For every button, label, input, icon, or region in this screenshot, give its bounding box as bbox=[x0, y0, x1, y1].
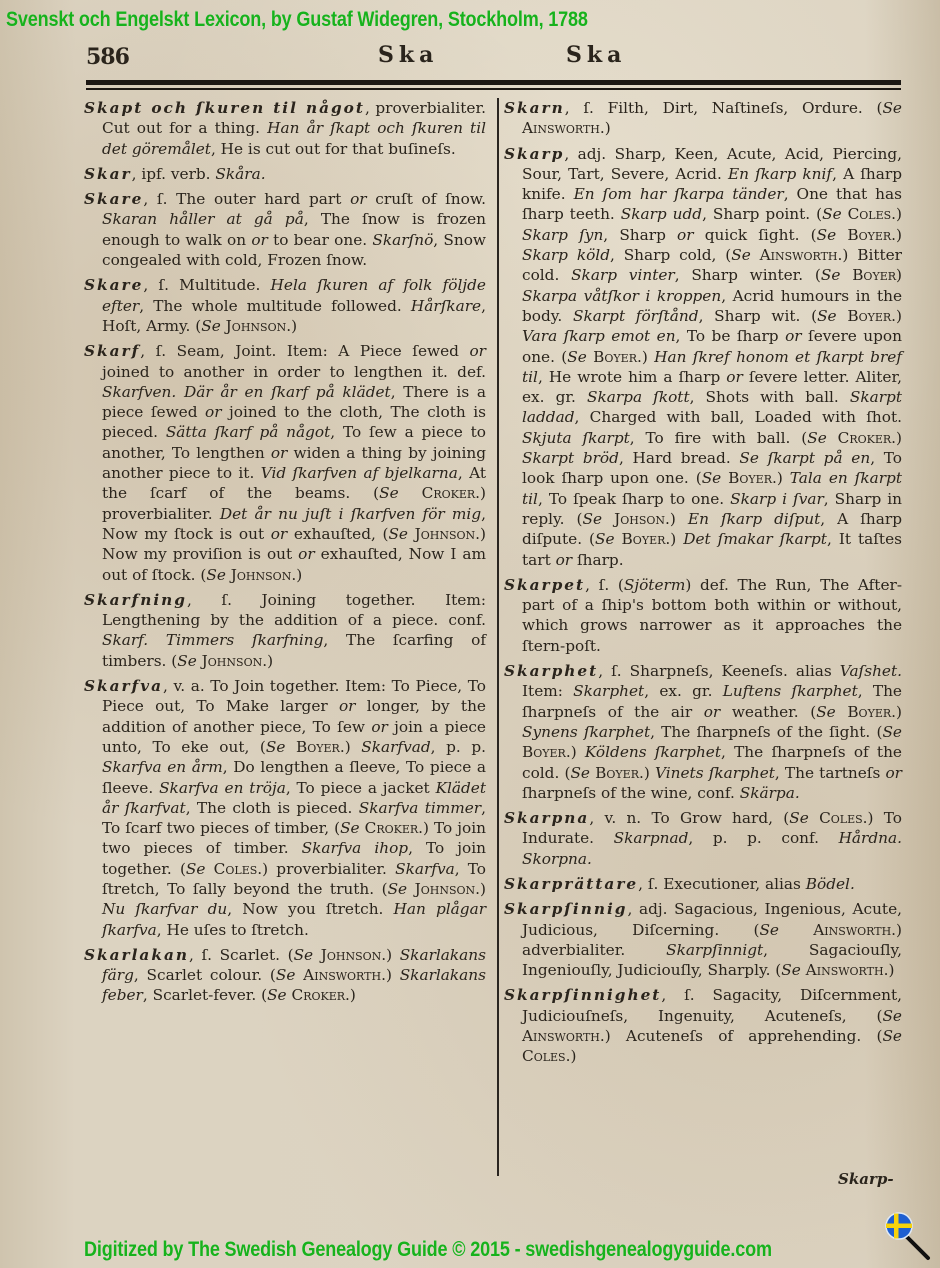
swedish-phrase: Där år en ſkarf på klädet bbox=[184, 383, 391, 401]
swedish-phrase: Hårſkare bbox=[411, 297, 481, 315]
definition-text: ) bbox=[605, 119, 611, 137]
headword: Skarpſinnig bbox=[504, 900, 627, 918]
definition-text: , He is cut out for that buſineſs. bbox=[211, 140, 456, 158]
definition-text: , p. p. conf. bbox=[688, 829, 838, 847]
headword: Skarp bbox=[504, 145, 564, 163]
swedish-phrase: Skjuta ſkarpt bbox=[522, 429, 630, 447]
running-head: 586 Ska Ska bbox=[0, 42, 940, 72]
definition-text: , Now you ſtretch. bbox=[227, 900, 393, 918]
guide-word-right: Ska bbox=[566, 42, 626, 68]
definition-text: , The whole multitude followed. bbox=[139, 297, 411, 315]
definition-text: ) bbox=[777, 469, 790, 487]
swedish-phrase: or bbox=[350, 190, 367, 208]
swedish-phrase: Se bbox=[388, 525, 408, 543]
swedish-phrase: Se bbox=[882, 1027, 902, 1045]
swedish-phrase: Skarf. bbox=[102, 631, 148, 649]
swedish-phrase: Se bbox=[294, 946, 314, 964]
definition-text: quick ſight. ( bbox=[694, 226, 817, 244]
swedish-phrase: Se bbox=[276, 966, 296, 984]
definition-text: , ſ. ( bbox=[585, 576, 624, 594]
swedish-phrase: Skarpa ſkott bbox=[587, 388, 690, 406]
swedish-phrase: Skarpſinnigt bbox=[666, 941, 763, 959]
definition-text: , Sharp winter. ( bbox=[675, 266, 821, 284]
swedish-phrase: Se bbox=[789, 809, 809, 827]
dictionary-entry: Skarf, ſ. Seam, Joint. Item: A Piece ſew… bbox=[84, 341, 486, 585]
definition-text: Item: bbox=[522, 682, 573, 700]
headword: Skarpſinnighet bbox=[504, 986, 661, 1004]
source-reference: Boyer. bbox=[721, 469, 777, 487]
swedish-flag-magnifier-icon[interactable] bbox=[884, 1212, 934, 1262]
headword: Skare bbox=[84, 276, 143, 294]
source-reference: Boyer. bbox=[522, 743, 571, 761]
swedish-phrase: Vaſshet. bbox=[840, 662, 902, 680]
source-reference: Coles. bbox=[205, 860, 262, 878]
definition-text: ) bbox=[386, 946, 400, 964]
definition-text: ) bbox=[386, 966, 400, 984]
swedish-phrase: Skarp köld bbox=[522, 246, 610, 264]
source-reference: Coles. bbox=[522, 1047, 570, 1065]
guide-word-left: Ska bbox=[378, 42, 438, 68]
swedish-phrase: Se bbox=[206, 566, 226, 584]
definition-text: ) bbox=[345, 738, 362, 756]
swedish-phrase: Skarpnad bbox=[614, 829, 689, 847]
swedish-phrase: or bbox=[271, 525, 288, 543]
source-reference: Johson. bbox=[602, 510, 670, 528]
dictionary-entry: Skare, ſ. Multitude. Hela ſkuren af folk… bbox=[84, 275, 486, 336]
definition-text: ) bbox=[571, 743, 585, 761]
source-reference: Johnson. bbox=[226, 566, 296, 584]
swedish-phrase: Luftens ſkarphet bbox=[723, 682, 858, 700]
source-reference: Johnson. bbox=[313, 946, 386, 964]
swedish-phrase: Sjöterm bbox=[624, 576, 685, 594]
definition-text: , He wrote him a ſharp bbox=[538, 368, 726, 386]
definition-text: , To be ſharp bbox=[676, 327, 786, 345]
swedish-phrase: Se bbox=[807, 429, 827, 447]
definition-text: ) bbox=[888, 961, 894, 979]
swedish-phrase: or bbox=[677, 226, 694, 244]
dictionary-entry: Skarprättare, ſ. Executioner, alias Böde… bbox=[504, 874, 902, 894]
source-reference: Croker. bbox=[287, 986, 350, 1004]
definition-text: cruſt of ſnow. bbox=[367, 190, 486, 208]
source-reference: Boyer. bbox=[285, 738, 344, 756]
definition-text: , p. p. bbox=[431, 738, 486, 756]
definition-text bbox=[148, 631, 166, 649]
dictionary-entry: Skarn, ſ. Filth, Dirt, Naſtineſs, Ordure… bbox=[504, 98, 902, 139]
definition-text: , ſ. Multitude. bbox=[143, 276, 270, 294]
swedish-phrase: Se ſkarpt på en bbox=[739, 449, 870, 467]
source-reference: Boyer. bbox=[836, 703, 896, 721]
swedish-phrase: Synens ſkarphet bbox=[522, 723, 650, 741]
definition-text: , The cloth is pieced. bbox=[186, 799, 359, 817]
source-reference: Croker. bbox=[827, 429, 896, 447]
swedish-phrase: Se bbox=[379, 484, 399, 502]
swedish-phrase: Se bbox=[177, 652, 197, 670]
swedish-phrase: Skärpa. bbox=[740, 784, 800, 802]
swedish-phrase: Skarp vinter bbox=[571, 266, 675, 284]
definition-text: , Hard bread. bbox=[619, 449, 739, 467]
source-reference: Boyer. bbox=[587, 348, 642, 366]
source-reference: Johnson. bbox=[221, 317, 291, 335]
swedish-phrase: Skarfvad bbox=[361, 738, 430, 756]
dictionary-entry: Skarfva, v. a. To Join together. Item: T… bbox=[84, 676, 486, 940]
left-column: Skapt och ſkuren til något, proverbialit… bbox=[84, 98, 486, 1011]
swedish-phrase: Se bbox=[822, 205, 842, 223]
swedish-phrase: or bbox=[339, 697, 356, 715]
source-reference: Ainsworth. bbox=[295, 966, 386, 984]
headword: Skarpna bbox=[504, 809, 589, 827]
definition-text: ) Acuteneſs of apprehending. ( bbox=[605, 1027, 883, 1045]
definition-text: ſharp. bbox=[572, 551, 623, 569]
definition-text: , The tartneſs bbox=[775, 764, 886, 782]
definition-text: , ſ. Filth, Dirt, Naſtineſs, Ordure. ( bbox=[565, 99, 883, 117]
source-reference: Johnson. bbox=[408, 525, 480, 543]
definition-text: ) bbox=[670, 510, 688, 528]
definition-text: ) bbox=[644, 764, 655, 782]
definition-text: , Sharp cold, ( bbox=[610, 246, 731, 264]
swedish-phrase: Vinets ſkarphet bbox=[655, 764, 775, 782]
swedish-phrase: Skarfva bbox=[395, 860, 455, 878]
definition-text: , Scarlet colour. ( bbox=[134, 966, 276, 984]
definition-text: exhauſted, ( bbox=[287, 525, 388, 543]
definition-text: ) bbox=[642, 348, 654, 366]
header-rule-thick bbox=[86, 80, 901, 85]
source-reference: Croker. bbox=[399, 484, 480, 502]
source-reference: Coles. bbox=[842, 205, 896, 223]
dictionary-entry: Skarpſinnig, adj. Sagacious, Ingenious, … bbox=[504, 899, 902, 980]
swedish-phrase: Nu ſkarfvar du bbox=[102, 900, 227, 918]
swedish-phrase: Se bbox=[817, 226, 837, 244]
swedish-phrase: Vara ſkarp emot en bbox=[522, 327, 676, 345]
swedish-phrase: Se bbox=[731, 246, 751, 264]
swedish-phrase: Skaran håller at gå på bbox=[102, 210, 304, 228]
swedish-phrase: Se bbox=[882, 99, 902, 117]
source-reference: Coles. bbox=[809, 809, 868, 827]
swedish-phrase: Köldens ſkarphet bbox=[585, 743, 721, 761]
headword: Skar bbox=[84, 165, 132, 183]
header-rule-thin bbox=[86, 88, 901, 90]
definition-text: ſharpneſs of the wine, conf. bbox=[522, 784, 740, 802]
swedish-phrase: Skarpt förſtånd bbox=[573, 307, 699, 325]
swedish-phrase: Se bbox=[201, 317, 221, 335]
swedish-phrase: Se bbox=[340, 819, 360, 837]
swedish-phrase: Skarp ſyn bbox=[522, 226, 603, 244]
source-reference: Ainsworth. bbox=[751, 246, 843, 264]
headword: Skarn bbox=[504, 99, 565, 117]
headword: Skarprättare bbox=[504, 875, 638, 893]
dictionary-entry: Skar, ipf. verb. Skåra. bbox=[84, 164, 486, 184]
swedish-phrase: Sätta ſkarf på något bbox=[166, 423, 330, 441]
swedish-phrase: or bbox=[726, 368, 743, 386]
swedish-phrase: or bbox=[371, 718, 388, 736]
swedish-phrase: Se bbox=[781, 961, 801, 979]
swedish-phrase: Se bbox=[266, 738, 286, 756]
swedish-phrase: En ſom har ſkarpa tänder bbox=[574, 185, 784, 203]
definition-text: , ſ. Sharpneſs, Keeneſs. alias bbox=[598, 662, 840, 680]
dictionary-entry: Skarpſinnighet, ſ. Sagacity, Diſcernment… bbox=[504, 985, 902, 1066]
definition-text: , v. n. To Grow hard, ( bbox=[589, 809, 789, 827]
definition-text bbox=[176, 383, 184, 401]
headword: Skarpet bbox=[504, 576, 585, 594]
definition-text: , ſ. Seam, Joint. Item: A Piece ſewed bbox=[140, 342, 469, 360]
dictionary-entry: Skarpet, ſ. (Sjöterm) def. The Run, The … bbox=[504, 575, 902, 656]
dictionary-entry: Skare, ſ. The outer hard part or cruſt o… bbox=[84, 189, 486, 270]
definition-text: , Charged with ball, Loaded with ſhot. bbox=[575, 408, 902, 426]
swedish-phrase: or bbox=[251, 231, 268, 249]
source-reference: Johnson. bbox=[197, 652, 267, 670]
swedish-phrase: or bbox=[885, 764, 902, 782]
catchword: Skarp- bbox=[838, 1170, 894, 1188]
swedish-phrase: Skarpt bröd bbox=[522, 449, 619, 467]
source-reference: Croker. bbox=[360, 819, 423, 837]
definition-text: ) bbox=[896, 205, 902, 223]
definition-text: , Sharp wit. ( bbox=[699, 307, 818, 325]
definition-text: ) bbox=[291, 317, 297, 335]
swedish-phrase: Se bbox=[882, 723, 902, 741]
swedish-phrase: Skarp i ſvar bbox=[730, 490, 824, 508]
definition-text: ) bbox=[896, 703, 902, 721]
swedish-phrase: En ſkarp diſput bbox=[688, 510, 820, 528]
definition-text: , To fire with ball. ( bbox=[630, 429, 807, 447]
swedish-phrase: Det år nu juſt i ſkarfven för mig bbox=[220, 505, 481, 523]
swedish-phrase: Se bbox=[821, 266, 841, 284]
source-reference: Johnson. bbox=[407, 880, 480, 898]
dictionary-entry: Skarp, adj. Sharp, Keen, Acute, Acid, Pi… bbox=[504, 144, 902, 570]
swedish-phrase: Bödel. bbox=[806, 875, 855, 893]
swedish-phrase: En ſkarp knif bbox=[728, 165, 832, 183]
swedish-phrase: Skarfva ihop bbox=[302, 839, 408, 857]
definition-text: ) bbox=[570, 1047, 576, 1065]
swedish-phrase: Se bbox=[267, 986, 287, 1004]
source-reference: Boyer. bbox=[615, 530, 671, 548]
swedish-phrase: Timmers ſkarfning bbox=[166, 631, 323, 649]
definition-text: joined to another in order to lengthen i… bbox=[102, 363, 486, 381]
column-divider bbox=[497, 98, 499, 1176]
definition-text: , Scarlet-fever. ( bbox=[143, 986, 267, 1004]
definition-text: ) bbox=[896, 266, 902, 284]
swedish-phrase: Skarfva timmer bbox=[359, 799, 481, 817]
swedish-phrase: Skarfven. bbox=[102, 383, 176, 401]
swedish-phrase: Skarphet bbox=[573, 682, 644, 700]
source-reference: Ainsworth. bbox=[522, 119, 605, 137]
headword: Skarf bbox=[84, 342, 140, 360]
watermark-footer: Digitized by The Swedish Genealogy Guide… bbox=[84, 1238, 772, 1262]
definition-text: ) bbox=[480, 880, 486, 898]
dictionary-entry: Skapt och ſkuren til något, proverbialit… bbox=[84, 98, 486, 159]
swedish-phrase: Se bbox=[759, 921, 779, 939]
swedish-phrase: or bbox=[785, 327, 802, 345]
swedish-phrase: or bbox=[469, 342, 486, 360]
source-reference: Ainsworth. bbox=[801, 961, 889, 979]
definition-text: ) proverbialiter. bbox=[262, 860, 395, 878]
swedish-phrase: Skåra. bbox=[215, 165, 265, 183]
swedish-phrase: Se bbox=[816, 703, 836, 721]
swedish-phrase: Se bbox=[570, 764, 590, 782]
definition-text: to bear one. bbox=[268, 231, 373, 249]
dictionary-entry: Skarlakan, ſ. Scarlet. (Se Johnson.) Ska… bbox=[84, 945, 486, 1006]
definition-text: ) bbox=[896, 307, 902, 325]
headword: Skarfning bbox=[84, 591, 187, 609]
definition-text: ) bbox=[296, 566, 302, 584]
source-reference: Ainsworth. bbox=[779, 921, 896, 939]
dictionary-entry: Skarphet, ſ. Sharpneſs, Keeneſs. alias V… bbox=[504, 661, 902, 803]
swedish-phrase: Skarpa våtſkor i kroppen bbox=[522, 287, 721, 305]
source-reference: Ainsworth. bbox=[522, 1027, 605, 1045]
source-reference: Boyer bbox=[840, 266, 896, 284]
page-number: 586 bbox=[86, 44, 129, 70]
swedish-phrase: Det ſmakar ſkarpt bbox=[683, 530, 827, 548]
swedish-phrase: Skarfva en årm bbox=[102, 758, 223, 776]
definition-text: , Shots with ball. bbox=[690, 388, 850, 406]
definition-text: ) bbox=[670, 530, 683, 548]
definition-text: , Sharp bbox=[603, 226, 677, 244]
swedish-phrase: or bbox=[205, 403, 222, 421]
right-column: Skarn, ſ. Filth, Dirt, Naſtineſs, Ordure… bbox=[504, 98, 902, 1072]
swedish-phrase: Se bbox=[595, 530, 615, 548]
headword: Skarphet bbox=[504, 662, 598, 680]
definition-text: , He uſes to ſtretch. bbox=[157, 921, 309, 939]
swedish-phrase: Skarfva en tröja bbox=[159, 779, 286, 797]
swedish-phrase: or bbox=[298, 545, 315, 563]
definition-text: ) bbox=[896, 226, 902, 244]
definition-text: , ſ. Scarlet. ( bbox=[189, 946, 294, 964]
headword: Skapt och ſkuren til något bbox=[84, 99, 365, 117]
watermark-title: Svenskt och Engelskt Lexicon, by Gustaf … bbox=[6, 8, 588, 32]
definition-text: ) bbox=[896, 429, 902, 447]
definition-text: , To ſpeak ſharp to one. bbox=[538, 490, 730, 508]
definition-text: , ex. gr. bbox=[644, 682, 723, 700]
swedish-phrase: Se bbox=[583, 510, 603, 528]
definition-text: , To piece a jacket bbox=[286, 779, 436, 797]
definition-text: , Sharp point. ( bbox=[702, 205, 822, 223]
swedish-phrase: Skarp udd bbox=[621, 205, 702, 223]
swedish-phrase: or bbox=[271, 444, 288, 462]
headword: Skare bbox=[84, 190, 143, 208]
source-reference: Boyer. bbox=[590, 764, 644, 782]
definition-text: , ipf. verb. bbox=[132, 165, 216, 183]
definition-text: ) bbox=[350, 986, 356, 1004]
definition-text: ) bbox=[267, 652, 273, 670]
swedish-phrase: Vid ſkarfven af bjelkarna bbox=[261, 464, 458, 482]
swedish-phrase: Skarſnö bbox=[372, 231, 433, 249]
swedish-phrase: Se bbox=[388, 880, 408, 898]
dictionary-entry: Skarpna, v. n. To Grow hard, (Se Coles.)… bbox=[504, 808, 902, 869]
dictionary-entry: Skarfning, ſ. Joining together. Item: Le… bbox=[84, 590, 486, 671]
source-reference: Boyer. bbox=[837, 307, 896, 325]
swedish-phrase: Se bbox=[567, 348, 587, 366]
swedish-phrase: Se bbox=[702, 469, 722, 487]
definition-text: , The ſharpneſs of the ſight. ( bbox=[650, 723, 882, 741]
definition-text: , ſ. The outer hard part bbox=[143, 190, 350, 208]
swedish-phrase: Se bbox=[186, 860, 206, 878]
definition-text: , ſ. Executioner, alias bbox=[638, 875, 806, 893]
headword: Skarlakan bbox=[84, 946, 189, 964]
headword: Skarfva bbox=[84, 677, 163, 695]
swedish-phrase: Se bbox=[817, 307, 837, 325]
swedish-phrase: Se bbox=[882, 1007, 902, 1025]
swedish-phrase: or bbox=[556, 551, 573, 569]
definition-text: weather. ( bbox=[720, 703, 816, 721]
source-reference: Boyer. bbox=[836, 226, 896, 244]
swedish-phrase: or bbox=[704, 703, 721, 721]
